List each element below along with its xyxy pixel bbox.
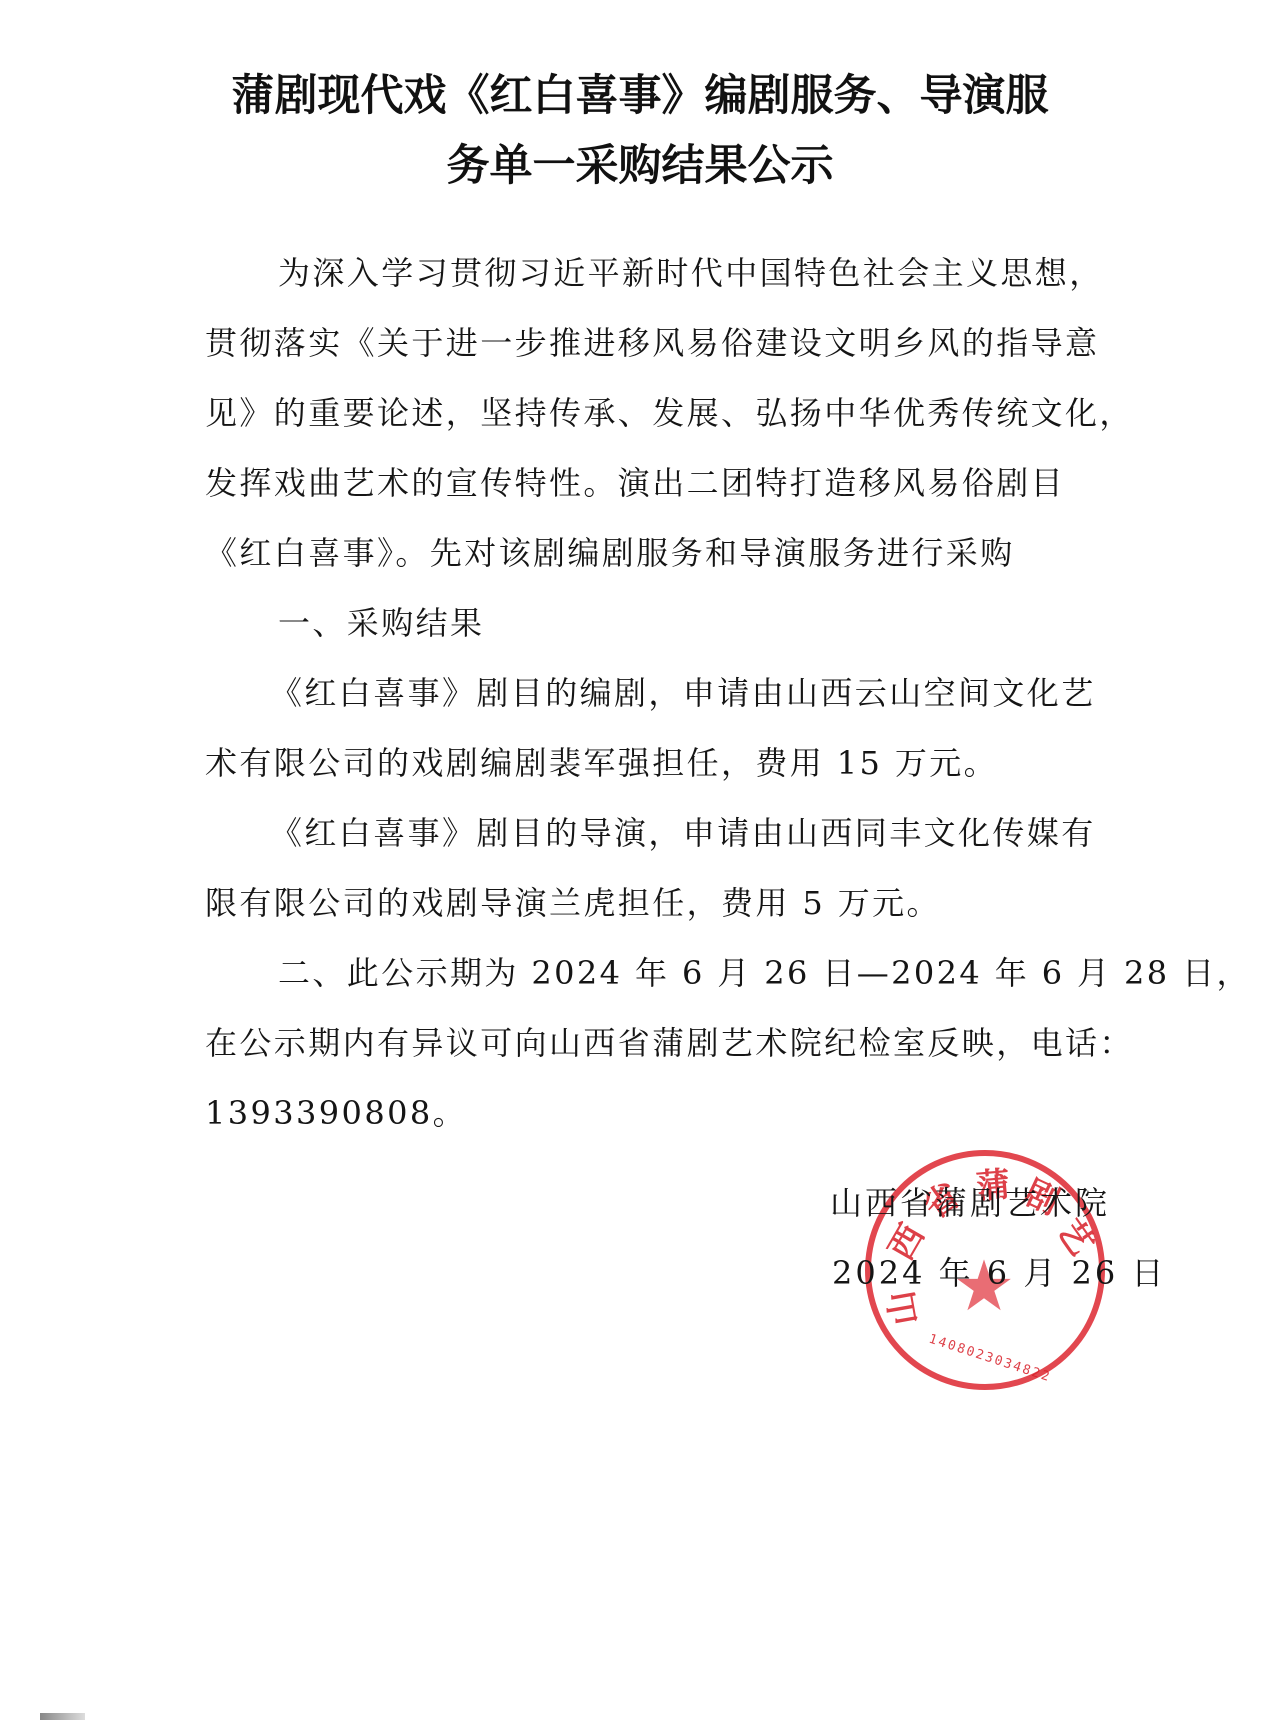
body-line-5: 《红白喜事》。先对该剧编剧服务和导演服务进行采购 — [205, 533, 1015, 573]
section-2-line-1: 二、此公示期为 2024 年 6 月 26 日—2024 年 6 月 28 日， — [278, 953, 1251, 993]
section-1-item-2-line-1: 《红白喜事》剧目的导演，申请由山西同丰文化传媒有 — [270, 813, 1096, 853]
document-title-line-1: 蒲剧现代戏《红白喜事》编剧服务、导演服 — [180, 64, 1100, 128]
scan-edge-mark — [40, 1713, 85, 1720]
stamp-char: 山 — [873, 1288, 927, 1330]
body-line-4: 发挥戏曲艺术的宣传特性。演出二团特打造移风易俗剧目 — [205, 463, 1065, 503]
body-line-2: 贯彻落实《关于进一步推进移风易俗建设文明乡风的指导意 — [205, 323, 1099, 363]
document-title-line-2: 务单一采购结果公示 — [180, 134, 1100, 198]
signature-date: 2024 年 6 月 26 日 — [832, 1253, 1166, 1293]
signature-organization: 山西省蒲剧艺术院 — [830, 1183, 1110, 1223]
body-line-3: 见》的重要论述，坚持传承、发展、弘扬中华优秀传统文化， — [205, 393, 1134, 433]
section-1-item-1-line-2: 术有限公司的戏剧编剧裴军强担任，费用 15 万元。 — [205, 743, 998, 783]
section-2-line-2: 在公示期内有异议可向山西省蒲剧艺术院纪检室反映，电话： — [205, 1023, 1134, 1063]
section-1-heading: 一、采购结果 — [278, 603, 484, 643]
body-line-1: 为深入学习贯彻习近平新时代中国特色社会主义思想， — [278, 253, 1104, 293]
stamp-serial-number: 1408023034822 — [927, 1332, 1053, 1386]
document-page: 蒲剧现代戏《红白喜事》编剧服务、导演服 务单一采购结果公示 为深入学习贯彻习近平… — [0, 0, 1280, 1720]
section-1-item-1-line-1: 《红白喜事》剧目的编剧，申请由山西云山空间文化艺 — [270, 673, 1096, 713]
section-1-item-2-line-2: 限有限公司的戏剧导演兰虎担任，费用 5 万元。 — [205, 883, 941, 923]
section-2-phone: 1393390808。 — [205, 1093, 467, 1133]
